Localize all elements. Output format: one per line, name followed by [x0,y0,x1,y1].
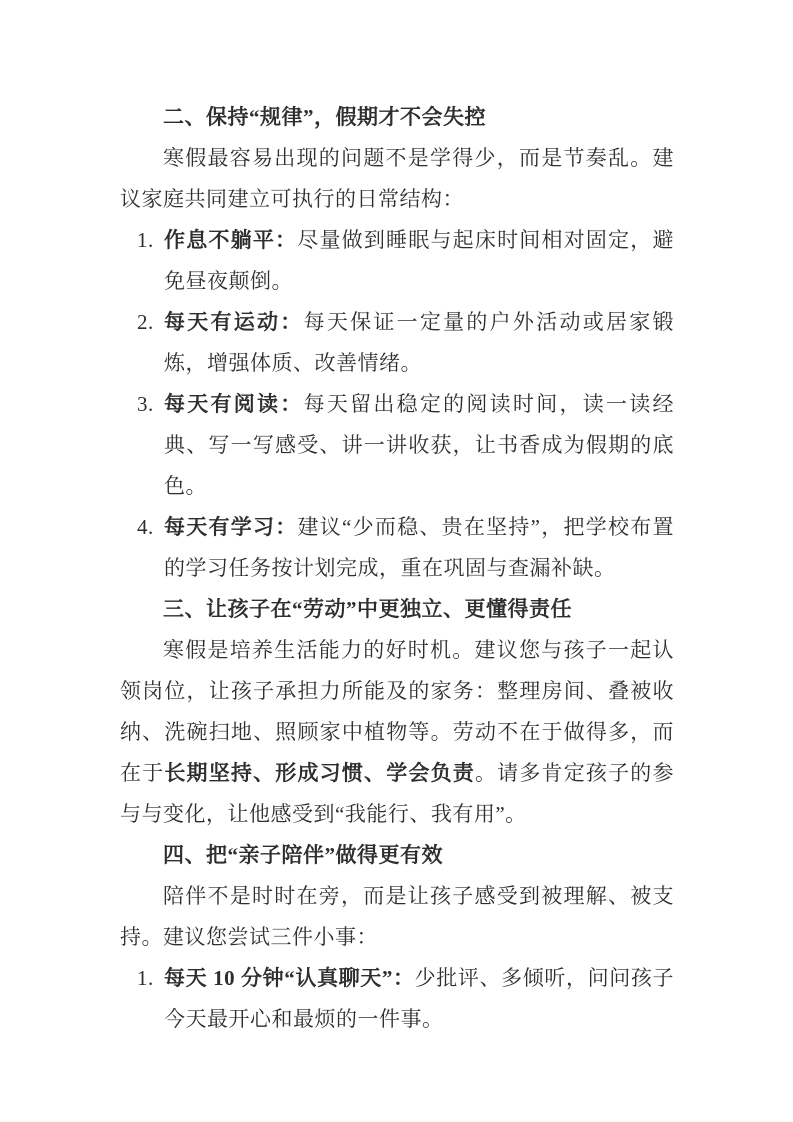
list-item-chat: 1.每天 10 分钟“认真聊天”：少批评、多倾听，问问孩子今天最开心和最烦的一件… [120,958,674,1040]
list-item-label: 每天有学习： [164,515,298,539]
document-page: 二、保持“规律”，假期才不会失控 寒假最容易出现的问题不是学得少，而是节奏乱。建… [0,0,793,1122]
list-item-sleep: 1.作息不躺平：尽量做到睡眠与起床时间相对固定，避免昼夜颠倒。 [120,220,674,302]
section-heading-companionship: 四、把“亲子陪伴”做得更有效 [120,835,674,876]
list-item-label: 作息不躺平： [164,228,297,252]
list-number: 1. [137,220,154,261]
paragraph-companionship-intro: 陪伴不是时时在旁，而是让孩子感受到被理解、被支持。建议您尝试三件小事： [120,876,674,958]
list-item-exercise: 2.每天有运动：每天保证一定量的户外活动或居家锻炼，增强体质、改善情绪。 [120,302,674,384]
list-number: 4. [137,507,154,548]
list-item-study: 4.每天有学习：建议“少而稳、贵在坚持”，把学校布置的学习任务按计划完成，重在巩… [120,507,674,589]
section-heading-routine: 二、保持“规律”，假期才不会失控 [120,97,674,138]
paragraph-segment-bold: 长期坚持、形成习惯、学会负责 [164,761,475,785]
list-item-reading: 3.每天有阅读：每天留出稳定的阅读时间，读一读经典、写一写感受、讲一讲收获，让书… [120,384,674,507]
list-item-label: 每天有阅读： [164,392,304,416]
list-item-label: 每天有运动： [164,310,304,334]
list-number: 1. [137,958,154,999]
numbered-list-daily-structure: 1.作息不躺平：尽量做到睡眠与起床时间相对固定，避免昼夜颠倒。 2.每天有运动：… [120,220,674,589]
paragraph-labor: 寒假是培养生活能力的好时机。建议您与孩子一起认领岗位，让孩子承担力所能及的家务：… [120,630,674,835]
list-number: 3. [137,384,154,425]
list-item-label: 每天 10 分钟“认真聊天”： [164,966,415,990]
paragraph-routine-intro: 寒假最容易出现的问题不是学得少，而是节奏乱。建议家庭共同建立可执行的日常结构： [120,138,674,220]
list-number: 2. [137,302,154,343]
numbered-list-three-things: 1.每天 10 分钟“认真聊天”：少批评、多倾听，问问孩子今天最开心和最烦的一件… [120,958,674,1040]
section-heading-labor: 三、让孩子在“劳动”中更独立、更懂得责任 [120,589,674,630]
document-content: 二、保持“规律”，假期才不会失控 寒假最容易出现的问题不是学得少，而是节奏乱。建… [120,97,674,1040]
